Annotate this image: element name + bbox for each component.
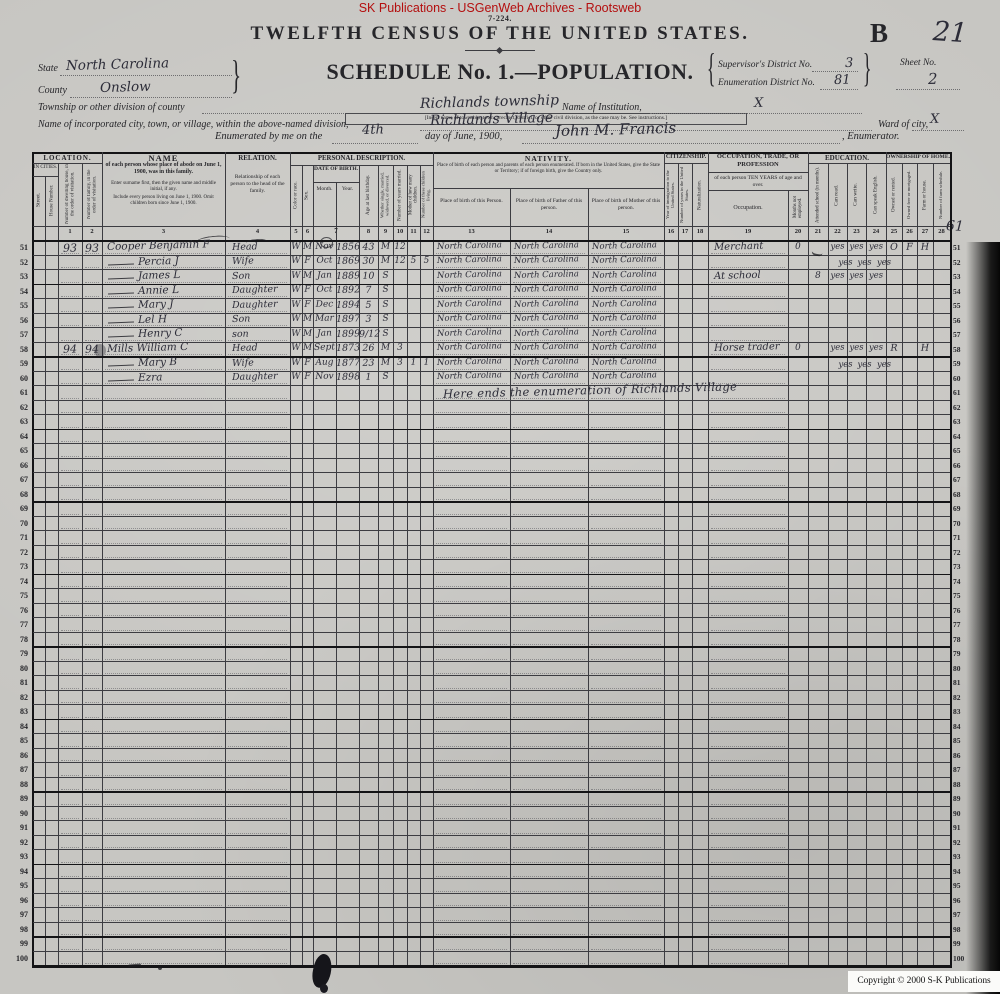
- grid-hline: [808, 163, 886, 164]
- grid-hline: [33, 733, 950, 734]
- writing-guide-dots: [228, 542, 287, 544]
- scan-dark-edge: [966, 242, 1000, 994]
- writing-guide-dots: [228, 513, 287, 515]
- writing-guide-dots: [61, 542, 79, 544]
- writing-guide-dots: [711, 890, 785, 892]
- record-58-english: yes: [866, 342, 886, 353]
- colhead-street: Street.: [34, 177, 45, 223]
- writing-guide-dots: [436, 455, 507, 457]
- writing-guide-dots: [513, 440, 585, 442]
- writing-guide-dots: [513, 643, 585, 645]
- census-sheet-scan: SK Publications - USGenWeb Archives - Ro…: [0, 0, 1000, 994]
- record-58-farm: H: [917, 343, 933, 354]
- sheet-blank-line: [896, 88, 960, 90]
- archive-banner: SK Publications - USGenWeb Archives - Ro…: [0, 1, 1000, 15]
- grid-hline: [33, 516, 950, 517]
- enumerator-name-handwriting: John M. Francis: [555, 119, 677, 140]
- grid-hline: [33, 878, 950, 879]
- writing-guide-dots: [85, 484, 99, 486]
- writing-guide-dots: [436, 629, 507, 631]
- writing-guide-dots: [436, 411, 507, 413]
- row-number-left: 79: [6, 649, 28, 658]
- occupation-subnote: of each person TEN YEARS of age and over…: [710, 175, 806, 188]
- writing-guide-dots: [105, 890, 222, 892]
- grid-hline: [33, 574, 950, 576]
- writing-guide-dots: [85, 542, 99, 544]
- colhead-pob-person: Place of birth of this Person.: [435, 198, 508, 205]
- writing-guide-dots: [591, 614, 661, 616]
- stray-scrawl: [811, 245, 824, 257]
- writing-guide-dots: [228, 701, 287, 703]
- writing-guide-dots: [711, 542, 785, 544]
- writing-guide-dots: [711, 861, 785, 863]
- record-60-relation: Daughter: [232, 371, 278, 383]
- row-number-left: 78: [6, 635, 28, 644]
- row-number-left: 81: [6, 678, 28, 687]
- relation-note: Relationship of each person to the head …: [228, 174, 287, 195]
- writing-guide-dots: [513, 658, 585, 660]
- colhead-read: Can read.: [828, 166, 847, 224]
- ditto-dash: [108, 365, 134, 367]
- grid-hline: [664, 163, 708, 164]
- record-60-marital: S: [378, 372, 393, 382]
- record-51-occupation: Merchant: [714, 240, 764, 252]
- writing-guide-dots: [61, 455, 79, 457]
- column-number-7: 7: [313, 227, 359, 235]
- record-52-relation: Wife: [232, 255, 254, 267]
- writing-guide-dots: [61, 904, 79, 906]
- writing-guide-dots: [711, 513, 785, 515]
- ditto-dash: [108, 336, 134, 338]
- writing-guide-dots: [711, 716, 785, 718]
- writing-guide-dots: [61, 672, 79, 674]
- writing-guide-dots: [513, 368, 585, 370]
- writing-guide-dots: [436, 759, 507, 761]
- colgroup-citizenship: CITIZENSHIP.: [664, 154, 708, 160]
- writing-guide-dots: [228, 556, 287, 558]
- writing-guide-dots: [61, 281, 79, 283]
- writing-guide-dots: [591, 890, 661, 892]
- writing-guide-dots: [436, 556, 507, 558]
- writing-guide-dots: [436, 658, 507, 660]
- writing-guide-dots: [711, 832, 785, 834]
- colhead-owned: Owned or rented.: [886, 166, 902, 224]
- writing-guide-dots: [591, 295, 661, 297]
- row-number-left: 62: [6, 403, 28, 412]
- writing-guide-dots: [105, 875, 222, 877]
- writing-guide-dots: [85, 803, 99, 805]
- writing-guide-dots: [228, 440, 287, 442]
- writing-guide-dots: [228, 890, 287, 892]
- writing-guide-dots: [591, 788, 661, 790]
- writing-guide-dots: [513, 281, 585, 283]
- record-53-school: 8: [808, 270, 828, 281]
- writing-guide-dots: [513, 426, 585, 428]
- writing-guide-dots: [436, 252, 507, 254]
- writing-guide-dots: [711, 803, 785, 805]
- record-58-pob_mother: North Carolina: [592, 341, 657, 353]
- record-58-pob_father: North Carolina: [514, 341, 579, 353]
- writing-guide-dots: [105, 571, 222, 573]
- writing-guide-dots: [85, 455, 99, 457]
- writing-guide-dots: [436, 890, 507, 892]
- row-number-left: 93: [6, 852, 28, 861]
- colhead-sex: Sex.: [302, 166, 313, 224]
- writing-guide-dots: [711, 629, 785, 631]
- record-59-pob_mother: North Carolina: [592, 356, 657, 368]
- record-53-sex: M: [302, 270, 313, 280]
- writing-guide-dots: [513, 498, 585, 500]
- writing-guide-dots: [711, 556, 785, 558]
- writing-guide-dots: [591, 353, 661, 355]
- writing-guide-dots: [711, 948, 785, 950]
- writing-guide-dots: [228, 600, 287, 602]
- writing-guide-dots: [61, 368, 79, 370]
- record-51-read: yes: [828, 241, 847, 251]
- colgroup-education: EDUCATION.: [808, 154, 886, 162]
- column-number-1: 1: [58, 228, 82, 235]
- writing-guide-dots: [228, 643, 287, 645]
- record-52-english: yes: [874, 257, 894, 268]
- writing-guide-dots: [513, 295, 585, 297]
- writing-guide-dots: [61, 643, 79, 645]
- grid-hline: [33, 951, 950, 952]
- record-51-write: yes: [847, 241, 866, 251]
- city-value-handwriting: Richlands Village: [430, 110, 554, 129]
- writing-guide-dots: [711, 904, 785, 906]
- writing-guide-dots: [105, 382, 222, 384]
- record-57-sex: M: [302, 328, 313, 338]
- record-56-month: Mar: [313, 313, 336, 324]
- writing-guide-dots: [591, 556, 661, 558]
- writing-guide-dots: [591, 411, 661, 413]
- writing-guide-dots: [436, 266, 507, 268]
- record-57-pob: North Carolina: [437, 327, 502, 339]
- writing-guide-dots: [105, 919, 222, 921]
- grid-hline: [33, 936, 950, 938]
- record-57-year: 1899: [336, 328, 359, 340]
- writing-guide-dots: [228, 687, 287, 689]
- colgroup-nativity: NATIVITY.: [433, 154, 664, 163]
- writing-guide-dots: [711, 759, 785, 761]
- stray-dot-mark: [158, 966, 162, 970]
- writing-guide-dots: [61, 614, 79, 616]
- row-number-left: 71: [6, 533, 28, 542]
- record-59-pob: North Carolina: [437, 356, 502, 368]
- state-blank-line: [60, 74, 232, 76]
- writing-guide-dots: [711, 919, 785, 921]
- enumerated-day-handwriting: 4th: [362, 122, 384, 138]
- county-blank-line: [70, 96, 232, 98]
- record-54-pob_father: North Carolina: [514, 283, 579, 295]
- column-number-6: 6: [302, 228, 313, 235]
- enumerated-middle: day of June, 1900,: [425, 131, 502, 142]
- writing-guide-dots: [591, 426, 661, 428]
- writing-guide-dots: [105, 440, 222, 442]
- column-number-10: 10: [393, 228, 407, 235]
- record-56-year: 1897: [336, 313, 359, 325]
- writing-guide-dots: [711, 469, 785, 471]
- record-51-family: 93: [82, 241, 102, 255]
- writing-guide-dots: [591, 803, 661, 805]
- record-60-pob: North Carolina: [437, 370, 502, 382]
- record-52-name: Percia J: [138, 254, 179, 267]
- record-58-yrs_married: 3: [393, 343, 407, 353]
- writing-guide-dots: [711, 324, 785, 326]
- writing-guide-dots: [85, 469, 99, 471]
- supervisor-district-value: 3: [845, 56, 854, 71]
- writing-guide-dots: [591, 339, 661, 341]
- writing-guide-dots: [85, 774, 99, 776]
- writing-guide-dots: [513, 803, 585, 805]
- writing-guide-dots: [591, 310, 661, 312]
- writing-guide-dots: [85, 556, 99, 558]
- record-59-children_living: 1: [420, 357, 433, 367]
- writing-guide-dots: [711, 339, 785, 341]
- writing-guide-dots: [591, 324, 661, 326]
- grid-hline: [33, 907, 950, 908]
- writing-guide-dots: [711, 701, 785, 703]
- institution-value-handwriting: X: [754, 96, 764, 111]
- stray-circle-mark: [320, 237, 333, 248]
- writing-guide-dots: [105, 658, 222, 660]
- colhead-pob-mother: Place of birth of Mother of this person.: [590, 198, 662, 212]
- column-number-2: 2: [82, 228, 102, 235]
- writing-guide-dots: [436, 875, 507, 877]
- writing-guide-dots: [105, 498, 222, 500]
- writing-guide-dots: [711, 527, 785, 529]
- colhead-year: Year.: [336, 186, 359, 192]
- name-note-1: of each person whose place of abode on J…: [105, 162, 222, 176]
- record-53-marital: S: [378, 270, 393, 280]
- record-53-occupation: At school: [714, 269, 761, 281]
- record-58-year: 1873: [336, 342, 359, 354]
- writing-guide-dots: [513, 730, 585, 732]
- writing-guide-dots: [436, 745, 507, 747]
- writing-guide-dots: [228, 658, 287, 660]
- row-number-left: 56: [6, 316, 28, 325]
- grid-hline: [33, 632, 950, 633]
- writing-guide-dots: [105, 948, 222, 950]
- writing-guide-dots: [105, 904, 222, 906]
- writing-guide-dots: [436, 672, 507, 674]
- writing-guide-dots: [61, 629, 79, 631]
- writing-guide-dots: [591, 701, 661, 703]
- record-52-read: yes: [836, 258, 855, 268]
- record-56-sex: M: [302, 314, 313, 324]
- record-56-relation: Son: [232, 314, 251, 325]
- record-57-pob_mother: North Carolina: [592, 327, 657, 339]
- writing-guide-dots: [105, 962, 222, 964]
- writing-guide-dots: [591, 672, 661, 674]
- row-number-left: 97: [6, 910, 28, 919]
- record-51-pob: North Carolina: [437, 240, 502, 252]
- grid-hline: [33, 704, 950, 705]
- writing-guide-dots: [105, 469, 222, 471]
- writing-guide-dots: [228, 527, 287, 529]
- enumerated-day-blank: [332, 142, 418, 144]
- writing-guide-dots: [436, 542, 507, 544]
- writing-guide-dots: [105, 397, 222, 399]
- grid-hline: [33, 719, 950, 721]
- writing-guide-dots: [85, 817, 99, 819]
- column-number-14: 14: [510, 228, 588, 235]
- grid-hline: [33, 588, 950, 589]
- colhead-dwelling: Number of dwelling house, in the order o…: [59, 164, 82, 224]
- column-number-3: 3: [102, 228, 225, 235]
- row-number-left: 72: [6, 548, 28, 557]
- writing-guide-dots: [513, 469, 585, 471]
- writing-guide-dots: [85, 266, 99, 268]
- writing-guide-dots: [591, 513, 661, 515]
- column-number-17: 17: [678, 228, 692, 235]
- grid-hline: [433, 188, 664, 189]
- writing-guide-dots: [61, 759, 79, 761]
- writing-guide-dots: [436, 600, 507, 602]
- column-number-15: 15: [588, 228, 664, 235]
- column-number-26: 26: [902, 228, 917, 235]
- writing-guide-dots: [591, 919, 661, 921]
- record-60-sex: F: [302, 372, 313, 382]
- writing-guide-dots: [436, 484, 507, 486]
- writing-guide-dots: [228, 716, 287, 718]
- record-52-mother_of: 5: [407, 256, 420, 266]
- writing-guide-dots: [105, 716, 222, 718]
- writing-guide-dots: [105, 672, 222, 674]
- record-54-marital: S: [378, 285, 393, 295]
- record-52-year: 1869: [336, 255, 359, 267]
- record-60-age: 1: [359, 372, 378, 383]
- record-53-color: W: [290, 270, 302, 280]
- handwritten-page-number: 21: [932, 16, 968, 49]
- row-number-left: 63: [6, 417, 28, 426]
- writing-guide-dots: [85, 382, 99, 384]
- grid-hline: [33, 849, 950, 850]
- writing-guide-dots: [711, 585, 785, 587]
- writing-guide-dots: [436, 310, 507, 312]
- writing-guide-dots: [105, 759, 222, 761]
- writing-guide-dots: [85, 658, 99, 660]
- record-51-farm: H: [917, 241, 933, 252]
- writing-guide-dots: [61, 556, 79, 558]
- writing-guide-dots: [436, 962, 507, 964]
- colhead-farm: Farm or house.: [917, 166, 933, 224]
- writing-guide-dots: [105, 730, 222, 732]
- record-51-color: W: [290, 241, 302, 251]
- writing-guide-dots: [61, 324, 79, 326]
- record-55-marital: S: [378, 299, 393, 309]
- record-54-sex: F: [302, 285, 313, 295]
- writing-guide-dots: [105, 556, 222, 558]
- county-value-handwriting: Onslow: [100, 79, 151, 96]
- record-56-pob_mother: North Carolina: [592, 312, 657, 324]
- row-number-left: 85: [6, 736, 28, 745]
- writing-guide-dots: [85, 745, 99, 747]
- writing-guide-dots: [85, 643, 99, 645]
- record-59-write: yes: [855, 359, 874, 369]
- row-number-left: 55: [6, 301, 28, 310]
- record-56-age: 3: [359, 314, 378, 325]
- writing-guide-dots: [228, 904, 287, 906]
- writing-guide-dots: [228, 498, 287, 500]
- writing-guide-dots: [436, 368, 507, 370]
- record-58-read: yes: [828, 343, 847, 353]
- writing-guide-dots: [591, 948, 661, 950]
- writing-guide-dots: [228, 962, 287, 964]
- writing-guide-dots: [228, 426, 287, 428]
- writing-guide-dots: [61, 788, 79, 790]
- writing-guide-dots: [436, 339, 507, 341]
- colhead-occupation: Occupation.: [708, 205, 788, 211]
- record-54-relation: Daughter: [232, 284, 278, 296]
- column-number-12: 12: [420, 228, 433, 235]
- record-51-pob_mother: North Carolina: [592, 240, 657, 252]
- row-number-left: 61: [6, 388, 28, 397]
- record-52-children_living: 5: [420, 256, 433, 266]
- row-number-left: 75: [6, 591, 28, 600]
- writing-guide-dots: [228, 817, 287, 819]
- record-53-pob_mother: North Carolina: [592, 269, 657, 281]
- writing-guide-dots: [85, 411, 99, 413]
- stray-flourish: [246, 238, 268, 247]
- writing-guide-dots: [436, 933, 507, 935]
- row-number-left: 74: [6, 577, 28, 586]
- grid-hline: [33, 791, 950, 793]
- grid-hline: [33, 414, 950, 415]
- writing-guide-dots: [85, 919, 99, 921]
- writing-guide-dots: [436, 513, 507, 515]
- writing-guide-dots: [711, 788, 785, 790]
- grid-hline: [33, 530, 950, 531]
- record-58-marital: M: [378, 343, 393, 353]
- writing-guide-dots: [513, 542, 585, 544]
- row-number-left: 89: [6, 794, 28, 803]
- writing-guide-dots: [85, 629, 99, 631]
- writing-guide-dots: [105, 614, 222, 616]
- writing-guide-dots: [85, 701, 99, 703]
- grid-hline: [33, 820, 950, 821]
- writing-guide-dots: [85, 904, 99, 906]
- nativity-note: Place of birth of each person and parent…: [436, 163, 661, 175]
- writing-guide-dots: [61, 817, 79, 819]
- record-54-age: 7: [359, 285, 378, 296]
- writing-guide-dots: [711, 933, 785, 935]
- record-57-pob_father: North Carolina: [514, 327, 579, 339]
- column-number-11: 11: [407, 228, 420, 235]
- record-54-pob: North Carolina: [437, 283, 502, 295]
- writing-guide-dots: [591, 817, 661, 819]
- writing-guide-dots: [436, 426, 507, 428]
- row-number-left: 73: [6, 562, 28, 571]
- writing-guide-dots: [436, 440, 507, 442]
- writing-guide-dots: [436, 585, 507, 587]
- writing-guide-dots: [711, 440, 785, 442]
- colhead-farm_schedule: Number of farm schedule.: [933, 166, 950, 224]
- sheet-label: Sheet No.: [900, 58, 936, 68]
- institution-blank-line: [650, 112, 862, 114]
- writing-guide-dots: [591, 774, 661, 776]
- record-57-name: Henry C: [138, 327, 183, 340]
- writing-guide-dots: [105, 629, 222, 631]
- sheet-value-handwriting: 2: [928, 70, 938, 88]
- row-number-left: 84: [6, 722, 28, 731]
- record-56-marital: S: [378, 314, 393, 324]
- row-number-left: 99: [6, 939, 28, 948]
- writing-guide-dots: [436, 803, 507, 805]
- writing-guide-dots: [711, 774, 785, 776]
- writing-guide-dots: [513, 614, 585, 616]
- record-54-name: Annie L: [138, 283, 179, 296]
